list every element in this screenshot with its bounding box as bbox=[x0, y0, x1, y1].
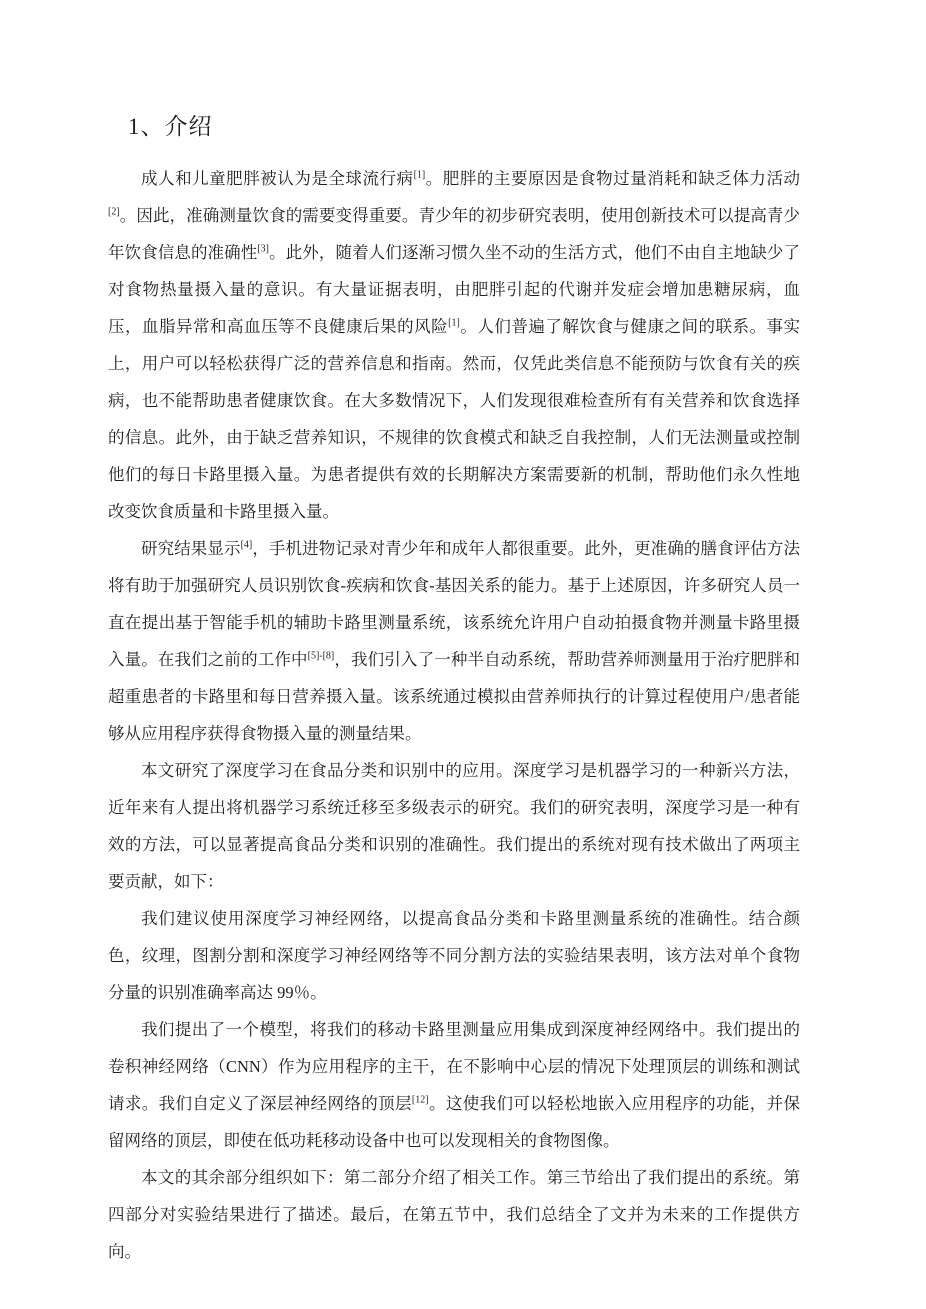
paragraph-intro-obesity: 成人和儿童肥胖被认为是全球流行病[1]。肥胖的主要原因是食物过量消耗和缺乏体力活… bbox=[108, 160, 800, 530]
citation-superscript: [1] bbox=[414, 170, 426, 181]
citation-superscript: [4] bbox=[241, 540, 253, 551]
citation-superscript: [5]-[8] bbox=[308, 651, 335, 662]
paragraph-outline: 本文的其余部分组织如下：第二部分介绍了相关工作。第三节给出了我们提出的系统。第四… bbox=[108, 1159, 800, 1270]
paragraph-contribution-1: 我们建议使用深度学习神经网络，以提高食品分类和卡路里测量系统的准确性。结合颜色，… bbox=[108, 900, 800, 1011]
citation-superscript: [2] bbox=[108, 207, 120, 218]
document-body: 成人和儿童肥胖被认为是全球流行病[1]。肥胖的主要原因是食物过量消耗和缺乏体力活… bbox=[108, 160, 800, 1270]
section-heading: 1、介绍 bbox=[128, 112, 800, 142]
citation-superscript: [12] bbox=[412, 1095, 429, 1106]
document-page: 1、介绍 成人和儿童肥胖被认为是全球流行病[1]。肥胖的主要原因是食物过量消耗和… bbox=[0, 0, 926, 1309]
paragraph-contribution-2: 我们提出了一个模型，将我们的移动卡路里测量应用集成到深度神经网络中。我们提出的卷… bbox=[108, 1011, 800, 1159]
citation-superscript: [3] bbox=[257, 244, 269, 255]
citation-superscript: [1] bbox=[448, 318, 460, 329]
paragraph-deep-learning-study: 本文研究了深度学习在食品分类和识别中的应用。深度学习是机器学习的一种新兴方法，近… bbox=[108, 752, 800, 900]
paragraph-research-results: 研究结果显示[4]，手机进物记录对青少年和成年人都很重要。此外，更准确的膳食评估… bbox=[108, 530, 800, 752]
